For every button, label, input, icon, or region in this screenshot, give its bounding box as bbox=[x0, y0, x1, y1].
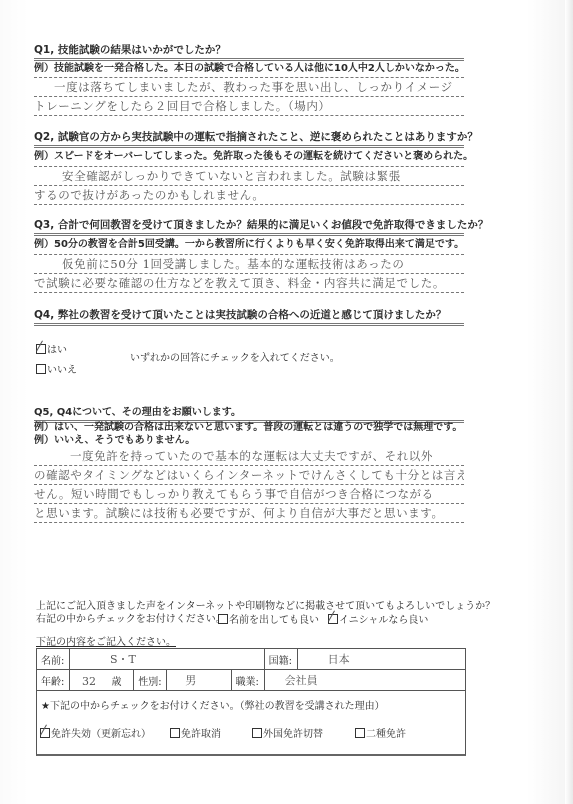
q3-answer-line-1: 仮免前に50分 1回受講しました。基本的な運転技術はあったの bbox=[34, 255, 464, 274]
q1-example: 例）技能試験を一発合格した。本日の試験で合格している人は他に10人中2人しかいな… bbox=[34, 62, 464, 75]
checkbox-icon[interactable] bbox=[355, 728, 365, 738]
reason-option-label: 免許失効（更新忘れ） bbox=[51, 729, 151, 740]
consent-option-name-label: 名前を出しても良い bbox=[229, 615, 319, 626]
gender-field[interactable]: 男 bbox=[167, 670, 231, 691]
q3-answer-line-2: で試験に必要な確認の仕方などを教えて頂き、料金・内容共に満足でした。 bbox=[34, 274, 464, 293]
consent-question: 上記にご記入頂きました声をインターネットや印刷物などに掲載させて頂いてもよろしい… bbox=[36, 600, 495, 613]
consent-option-name[interactable]: 名前を出しても良い bbox=[218, 614, 319, 627]
reason-option-license-revoked[interactable]: 免許取消 bbox=[170, 725, 221, 740]
reason-title: ★下記の中からチェックをお付けください。（弊社の教習を受講された理由） bbox=[41, 697, 385, 712]
q1-answer-line-1: 一度は落ちてしまいましたが、教わった事を思い出し、しっかりイメージ bbox=[34, 78, 464, 97]
q2-answer-line-2: するので抜けがあったのかもしれません。 bbox=[34, 186, 464, 205]
nationality-label: 国籍: bbox=[264, 649, 297, 670]
q4-option-yes-label: はい bbox=[47, 345, 67, 356]
q3-question: Q3, 合計で何回教習を受けて頂きましたか？結果的に満足いくお値段で免許取得でき… bbox=[34, 219, 464, 236]
q4-option-yes[interactable]: はい bbox=[36, 344, 67, 357]
page-edge-shadow bbox=[565, 0, 573, 804]
checkbox-checked-icon[interactable] bbox=[328, 614, 338, 624]
q5-answer-line-2: の確認やタイミングなどはいくらインターネットでけんさくしても十分とは言えま bbox=[34, 466, 464, 485]
checkbox-icon[interactable] bbox=[218, 614, 228, 624]
survey-page: Q1, 技能試験の結果はいかがでしたか？ 例）技能試験を一発合格した。本日の試験… bbox=[0, 0, 573, 804]
q5-answer-line-4: と思います。試験には技術も必要ですが、何より自信が大事だと思います。 bbox=[34, 504, 464, 523]
q5-answer-line-3: せん。短い時間でもしっかり教えてもらう事で自信がつき合格につながる bbox=[34, 485, 464, 504]
consent-instruction: 右記の中からチェックをお付けください。 bbox=[36, 613, 226, 626]
name-field[interactable]: S・T bbox=[70, 649, 265, 670]
checkbox-icon[interactable] bbox=[252, 728, 262, 738]
reason-option-label: 免許取消 bbox=[181, 729, 221, 740]
reason-option-label: 外国免許切替 bbox=[263, 729, 323, 740]
checkbox-icon[interactable] bbox=[170, 728, 180, 738]
q2-answer-line-1: 安全確認がしっかりできていないと言われました。試験は緊張 bbox=[34, 167, 464, 186]
gender-label: 性別: bbox=[134, 670, 167, 691]
checkbox-checked-icon[interactable] bbox=[36, 344, 46, 354]
reason-option-class2-license[interactable]: 二種免許 bbox=[355, 725, 406, 740]
info-table: 名前: S・T 国籍: 日本 年齢: 32 歳 性別: 男 職業: 会社員 bbox=[36, 648, 466, 691]
q4-option-no-label: いいえ bbox=[47, 365, 77, 376]
reason-option-license-expired[interactable]: 免許失効（更新忘れ） bbox=[40, 725, 151, 740]
checkbox-icon[interactable] bbox=[36, 364, 46, 374]
nationality-field[interactable]: 日本 bbox=[297, 649, 465, 670]
q4-option-no[interactable]: いいえ bbox=[36, 364, 77, 377]
consent-option-initials-label: イニシャルなら良い bbox=[339, 615, 428, 626]
reason-option-label: 二種免許 bbox=[366, 729, 406, 740]
q5-example-2: 例）いいえ、そうでもありません。 bbox=[34, 434, 464, 447]
age-value: 32 bbox=[74, 675, 96, 688]
age-field[interactable]: 32 歳 bbox=[70, 670, 134, 691]
reason-option-foreign-conversion[interactable]: 外国免許切替 bbox=[252, 725, 323, 740]
occupation-field[interactable]: 会社員 bbox=[264, 670, 465, 691]
name-label: 名前: bbox=[37, 649, 70, 670]
age-label: 年齢: bbox=[37, 670, 70, 691]
checkbox-checked-icon[interactable] bbox=[40, 728, 50, 738]
q4-instruction: いずれかの回答にチェックを入れてください。 bbox=[130, 352, 340, 365]
q4-question: Q4, 弊社の教習を受けて頂いたことは実技試験の合格への近道と感じて頂けましたか… bbox=[34, 309, 464, 326]
q1-answer-line-2: トレーニングをしたら２回目で合格しました。（場内） bbox=[34, 97, 464, 116]
occupation-label: 職業: bbox=[231, 670, 264, 691]
q3-example: 例）50分の教習を合計5回受講。一から教習所に行くよりも早く安く免許取得出来て満… bbox=[34, 238, 464, 251]
q5-answer-line-1: 一度免許を持っていたので基本的な運転は大丈夫ですが、それ以外 bbox=[34, 447, 464, 466]
q2-example: 例）スピードをオーバーしてしまった。免許取った後もその運転を続けてくださいと褒め… bbox=[34, 150, 464, 163]
q1-question: Q1, 技能試験の結果はいかがでしたか？ bbox=[34, 44, 464, 61]
q2-question: Q2, 試験官の方から実技試験中の運転で指摘されたこと、逆に褒められたことはあり… bbox=[34, 131, 464, 148]
q5-example-1: 例）はい、一発試験の合格は出来ないと思います。普段の運転とは違うので独学では無理… bbox=[34, 421, 464, 434]
reason-section: ★下記の中からチェックをお付けください。（弊社の教習を受講された理由） 免許失効… bbox=[36, 691, 466, 756]
consent-option-initials[interactable]: イニシャルなら良い bbox=[328, 614, 428, 627]
age-unit: 歳 bbox=[100, 677, 122, 688]
